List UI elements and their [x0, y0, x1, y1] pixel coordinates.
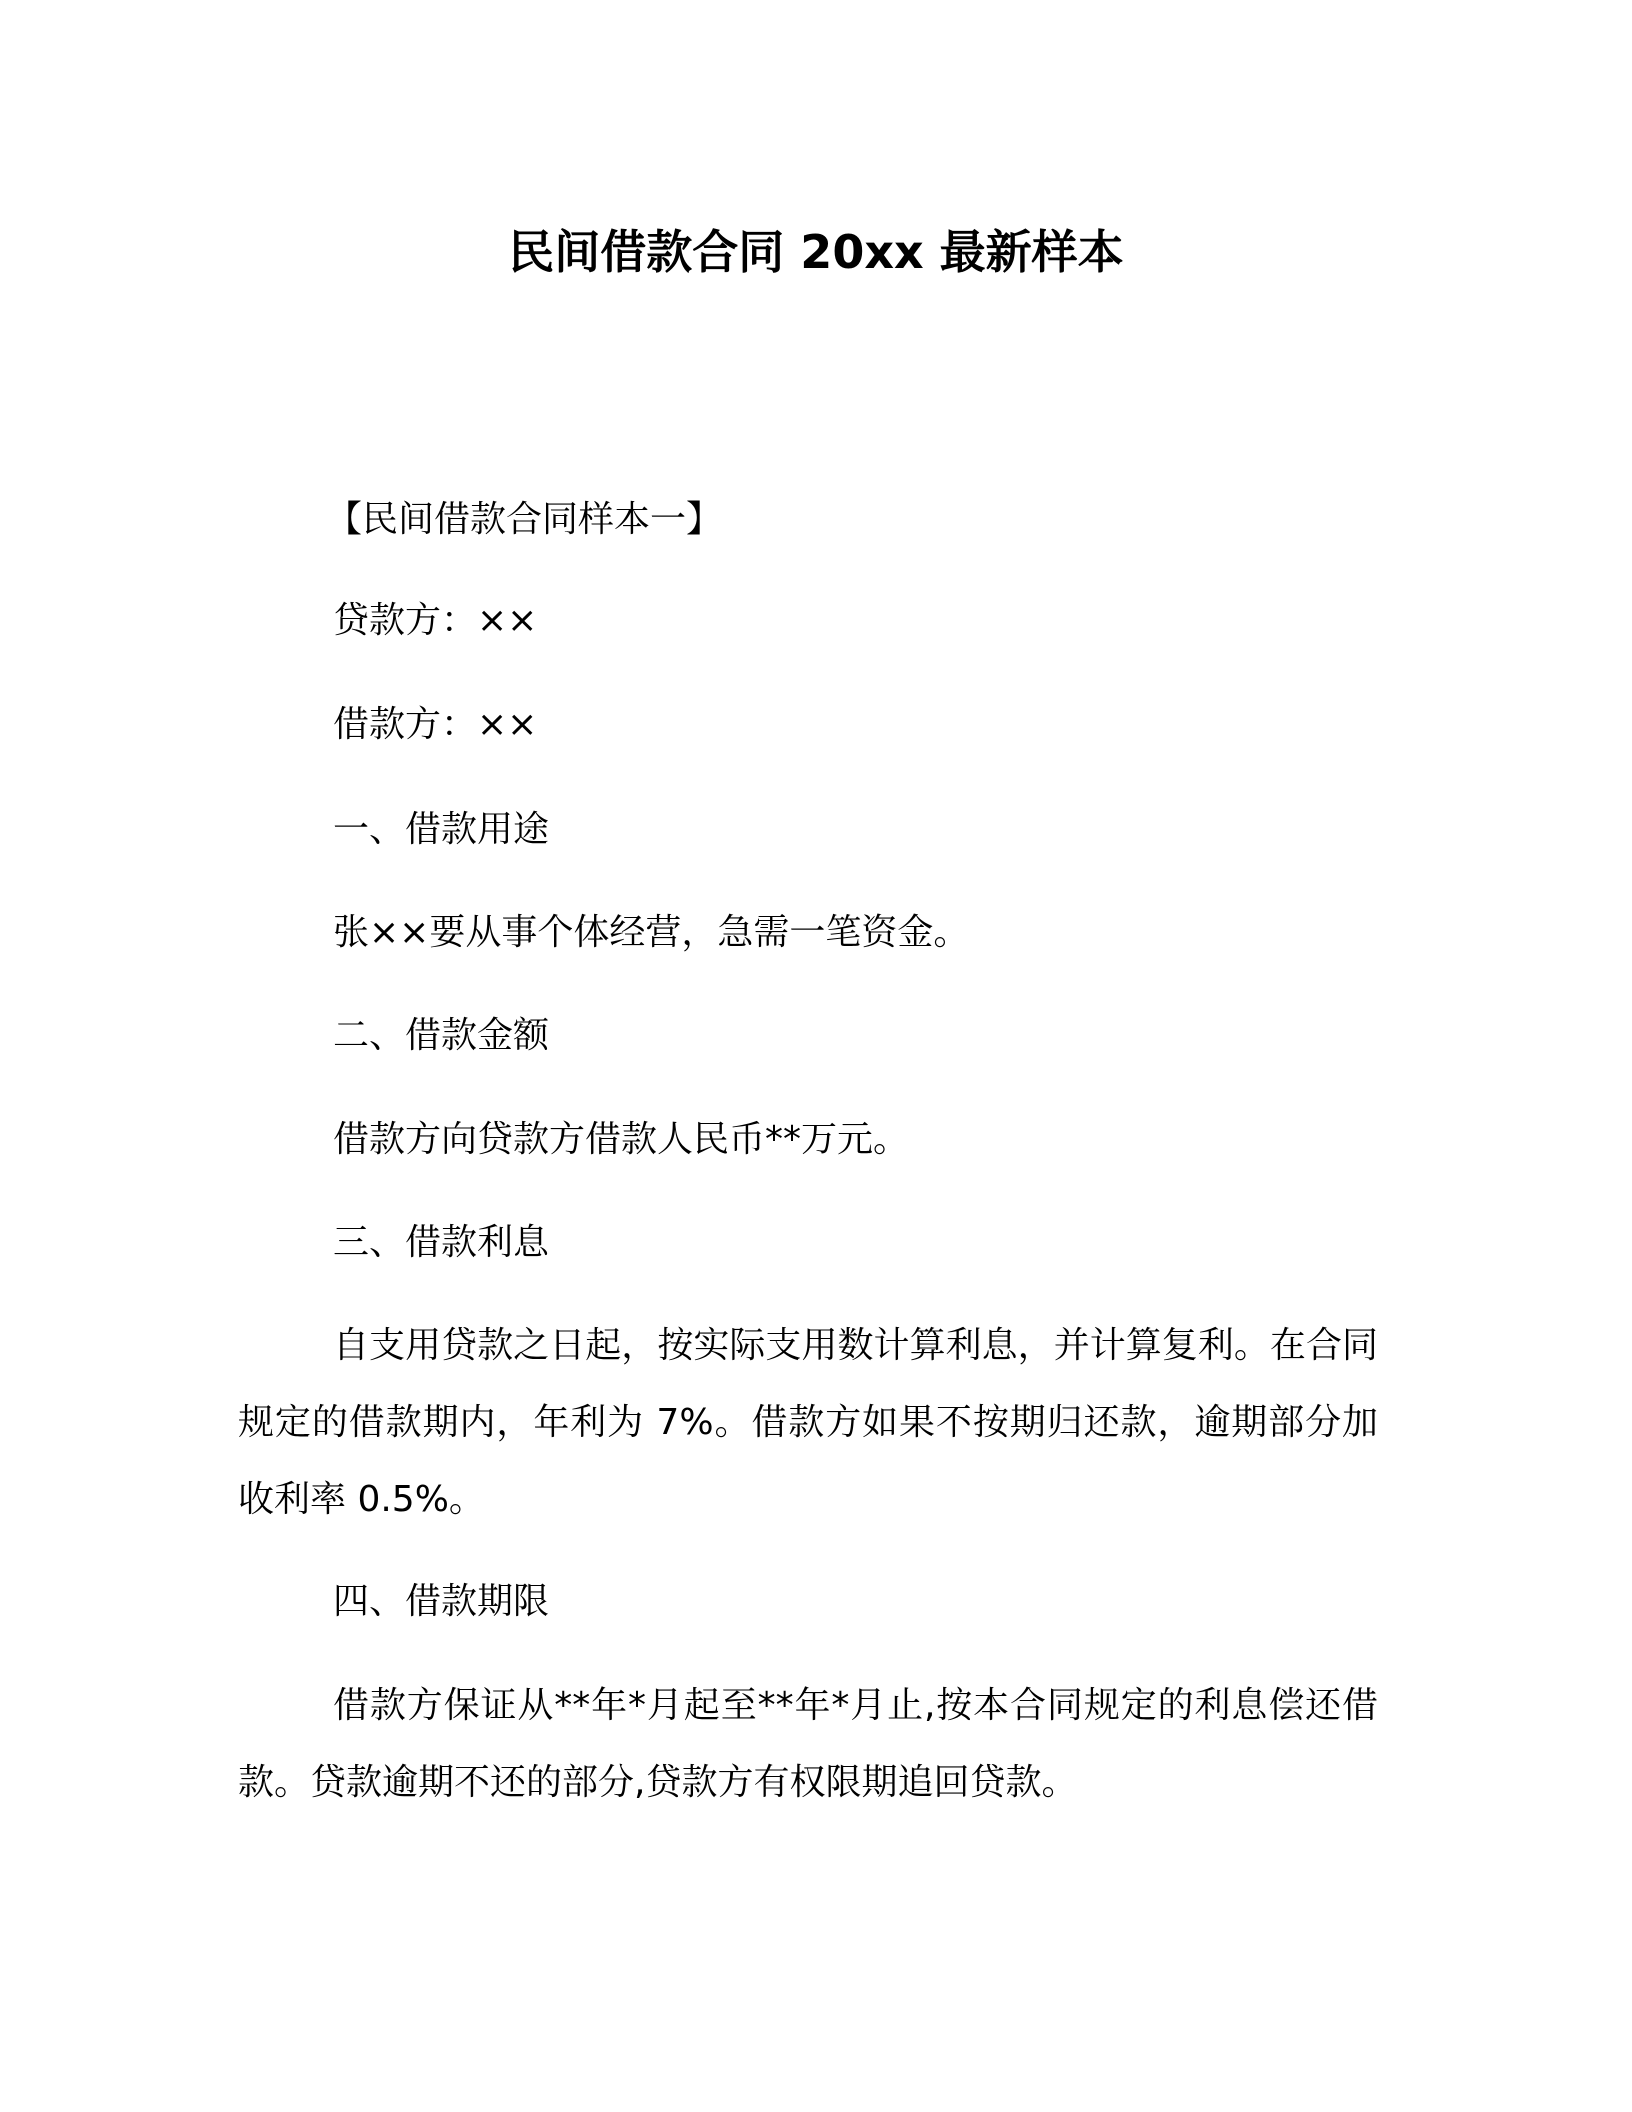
- clause-heading-interest: 三、借款利息: [333, 1218, 549, 1268]
- clause-body-term: 借款方保证从**年*月起至**年*月止,按本合同规定的利息偿还借款。贷款逾期不还…: [238, 1667, 1378, 1821]
- borrower-line: 借款方：××: [333, 700, 537, 750]
- clause-body-amount: 借款方向贷款方借款人民币**万元。: [333, 1115, 909, 1165]
- clause-body-purpose: 张××要从事个体经营，急需一笔资金。: [333, 908, 969, 958]
- clause-body-interest: 自支用贷款之日起，按实际支用数计算利息，并计算复利。在合同规定的借款期内，年利为…: [238, 1307, 1378, 1538]
- clause-heading-term: 四、借款期限: [333, 1577, 549, 1627]
- document-title: 民间借款合同 20xx 最新样本: [0, 222, 1632, 282]
- lender-line: 贷款方：××: [333, 596, 537, 646]
- section-heading: 【民间借款合同样本一】: [326, 495, 722, 545]
- clause-heading-purpose: 一、借款用途: [333, 805, 549, 855]
- clause-heading-amount: 二、借款金额: [333, 1011, 549, 1061]
